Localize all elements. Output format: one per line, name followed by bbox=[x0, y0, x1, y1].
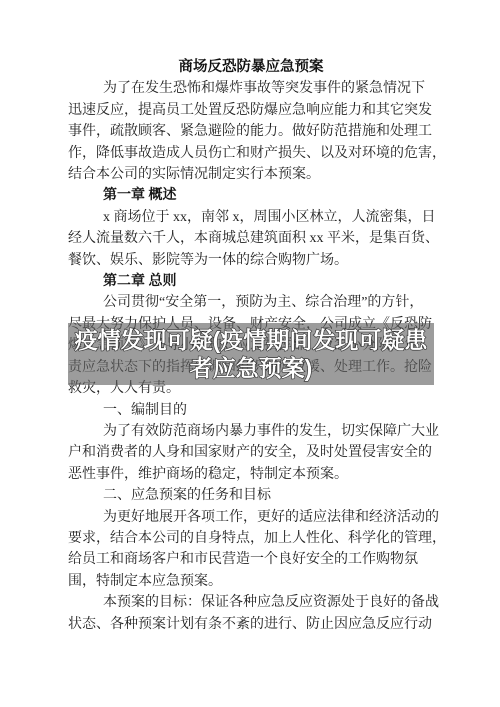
doc-text-line: 经人流量数六千人，本商城总建筑面积 xx 平米，是集百货、 bbox=[68, 228, 434, 249]
doc-text-line: 本预案的目标：保证各种应急反应资源处于良好的备战 bbox=[68, 592, 434, 613]
doc-text-line: 给员工和商场客户和市民营造一个良好安全的工作购物氛 bbox=[68, 549, 434, 570]
doc-text-line: 为更好地展开各项工作，更好的适应法律和经济活动的 bbox=[68, 507, 434, 528]
watermark-text-line-2: 者应急预案) bbox=[190, 354, 313, 382]
doc-text-line: 状态、各种预案计划有条不紊的进行、防止因应急反应行动 bbox=[68, 614, 434, 635]
doc-text-line: 结合本公司的实际情况制定实行本预案。 bbox=[68, 164, 434, 185]
doc-text-line: 要求，结合本公司的自身特点，加上人性化、科学化的管理， bbox=[68, 528, 434, 549]
doc-text-line: 作，降低事故造成人员伤亡和财产损失、以及对环境的危害， bbox=[68, 143, 434, 164]
doc-text-line: 为了有效防范商场内暴力事件的发生，切实保障广大业 bbox=[68, 421, 434, 442]
doc-text-line: 为了在发生恐怖和爆炸事故等突发事件的紧急情况下 bbox=[68, 78, 434, 99]
doc-text-line: 二、应急预案的任务和目标 bbox=[68, 485, 434, 506]
doc-heading-line: 第一章 概述 bbox=[68, 185, 434, 206]
doc-text-line: x 商场位于 xx，南邻 x，周围小区林立，人流密集，日 bbox=[68, 207, 434, 228]
watermark-text-line-1: 疫情发现可疑(疫情期间发现可疑患 bbox=[75, 326, 428, 354]
doc-text-line: 围，特制定本应急预案。 bbox=[68, 571, 434, 592]
doc-text-line: 事件，疏散顾客、紧急避险的能力。做好防范措施和处理工 bbox=[68, 121, 434, 142]
watermark-banner: 疫情发现可疑(疫情期间发现可疑患 者应急预案) bbox=[68, 323, 434, 385]
doc-text-line: 迅速反应，提高员工处置反恐防爆应急响应能力和其它突发 bbox=[68, 100, 434, 121]
doc-text-line: 公司贯彻“安全第一，预防为主、综合治理”的方针， bbox=[68, 292, 434, 313]
doc-text-line: 户和消费者的人身和国家财产的安全，及时处置侵害安全的 bbox=[68, 442, 434, 463]
document-page: 商场反恐防暴应急预案 为了在发生恐怖和爆炸事故等突发事件的紧急情况下迅速反应，提… bbox=[0, 0, 500, 707]
doc-text-line: 一、编制目的 bbox=[68, 400, 434, 421]
doc-text-line: 恶性事件，维护商场的稳定，特制定本预案。 bbox=[68, 464, 434, 485]
doc-text-line: 餐饮、娱乐、影院等为一体的综合购物广场。 bbox=[68, 250, 434, 271]
document-title: 商场反恐防暴应急预案 bbox=[68, 57, 434, 78]
doc-heading-line: 第二章 总则 bbox=[68, 271, 434, 292]
